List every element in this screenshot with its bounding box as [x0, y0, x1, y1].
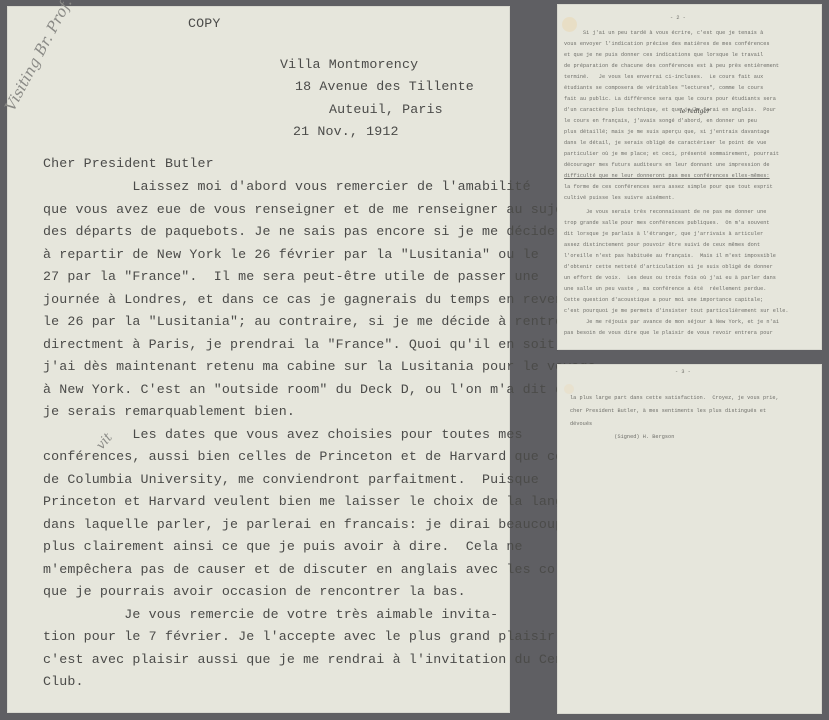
body-line: le 26 par la "Lusitania"; au contraire, … [43, 314, 571, 329]
body-line: à repartir de New York le 26 février par… [43, 247, 539, 262]
letter-page-3: - 3 - la plus large part dans cette sati… [557, 364, 822, 714]
page-number: - 3 - [675, 369, 691, 375]
page-number: - 2 - [670, 15, 686, 21]
body-line: c'est pourquoi je me permets d'insister … [564, 308, 789, 314]
salutation: Cher President Butler [43, 156, 214, 171]
body-line: fait au public. La différence sera que l… [564, 96, 776, 102]
address-line: Villa Montmorency [280, 57, 418, 72]
body-line: cher President Butler, à mes sentiments … [570, 408, 766, 414]
body-line: que je pourrais avoir occasion de rencon… [43, 584, 466, 599]
body-line: dans le détail, je serais obligé de cara… [564, 140, 766, 146]
body-line: décourager mes futurs auditeurs en leur … [564, 162, 770, 168]
body-line: un effort de voix. Les deux ou trois foi… [564, 275, 776, 281]
body-line: 27 par la "France". Il me sera peut-être… [43, 269, 539, 284]
body-line: de préparation de chacune des conférence… [564, 63, 779, 69]
signature: (Signed) H. Bergson [570, 434, 674, 440]
body-line: cultivé puisse les suivre aisément. [564, 195, 675, 201]
paper-stain [564, 384, 574, 394]
body-line: difficulté que ne leur donneront pas mes… [564, 173, 770, 179]
body-line: le cours en français, j'avais songé d'ab… [564, 118, 757, 124]
body-line: Laissez moi d'abord vous remercier de l'… [43, 179, 531, 194]
body-line: d'un caractère plus technique, et que je… [564, 107, 776, 113]
body-line: que vous avez eue de vous renseigner et … [43, 202, 571, 217]
body-line: terminé. Je vous les enverrai ci-incluse… [564, 74, 763, 80]
body-line: Si j'ai un peu tardé à vous écrire, c'es… [564, 30, 763, 36]
body-line: Je vous remercie de votre très aimable i… [43, 607, 498, 622]
body-line: dans laquelle parler, je parlerai en fra… [43, 517, 563, 532]
body-line: directment à Paris, je prendrai la "Fran… [43, 337, 563, 352]
letter-page-2: - 2 - le rédiger Si j'ai un peu tardé à … [557, 4, 822, 350]
body-line: Les dates que vous avez choisies pour to… [43, 427, 523, 442]
body-line: conférences, aussi bien celles de Prince… [43, 449, 596, 464]
body-line: d'obtenir cette netteté d'articulation s… [564, 264, 773, 270]
body-line: plus détaillé; mais je me suis aperçu qu… [564, 129, 770, 135]
body-line: des départs de paquebots. Je ne sais pas… [43, 224, 580, 239]
body-line: vous envoyer l'indication précise des ma… [564, 41, 770, 47]
body-line: m'empêchera pas de causer et de discuter… [43, 562, 612, 577]
body-line: Je vous serais très reconnaissant de ne … [564, 209, 766, 215]
body-line: et que je ne puis donner ces indications… [564, 52, 763, 58]
copy-label: COPY [188, 16, 221, 31]
body-line: une salle un peu vaste , ma conférence a… [564, 286, 766, 292]
body-line: j'ai dès maintenant retenu ma cabine sur… [43, 359, 596, 374]
body-line: étudiants se composera de véritables "le… [564, 85, 763, 91]
body-line: pas besoin de vous dire que le plaisir d… [564, 330, 773, 336]
body-line: particulier où je me place; et ceci, pré… [564, 151, 779, 157]
body-line: l'oreille n'est pas habituée au français… [564, 253, 776, 259]
body-line: Je me réjouis par avance de mon séjour à… [564, 319, 779, 325]
body-line: journée à Londres, et dans ce cas je gag… [43, 292, 588, 307]
body-line: dit lorsque je parlais à l'étranger, que… [564, 231, 763, 237]
body-line: je serais remarquablement bien. [43, 404, 295, 419]
body-line: trop grande salle pour mes conférences p… [564, 220, 770, 226]
body-line: c'est avec plaisir aussi que je me rendr… [43, 652, 596, 667]
letter-page-1: Visiting Br. Prof. vit COPY Villa Montmo… [7, 6, 510, 713]
letter-date: 21 Nov., 1912 [293, 124, 399, 139]
body-line: Club. [43, 674, 84, 689]
body-line: la plus large part dans cette satisfacti… [570, 395, 779, 401]
body-line: la forme de ces conférences sera assez s… [564, 184, 773, 190]
body-line: à New York. C'est an "outside room" du D… [43, 382, 580, 397]
body-line: plus clairement ainsi ce que je puis avo… [43, 539, 523, 554]
handwritten-annotation: Visiting Br. Prof. [1, 0, 76, 114]
body-line: Princeton et Harvard veulent bien me lai… [43, 494, 580, 509]
address-line: Auteuil, Paris [329, 102, 443, 117]
body-line: tion pour le 7 février. Je l'accepte ave… [43, 629, 588, 644]
body-line: Cette question d'acoustique a pour moi u… [564, 297, 763, 303]
body-line: dévoués [570, 421, 592, 427]
body-line: de Columbia University, me conviendront … [43, 472, 539, 487]
address-line: 18 Avenue des Tillente [295, 79, 474, 94]
body-line: assez distinctement pour pouvoir être su… [564, 242, 760, 248]
